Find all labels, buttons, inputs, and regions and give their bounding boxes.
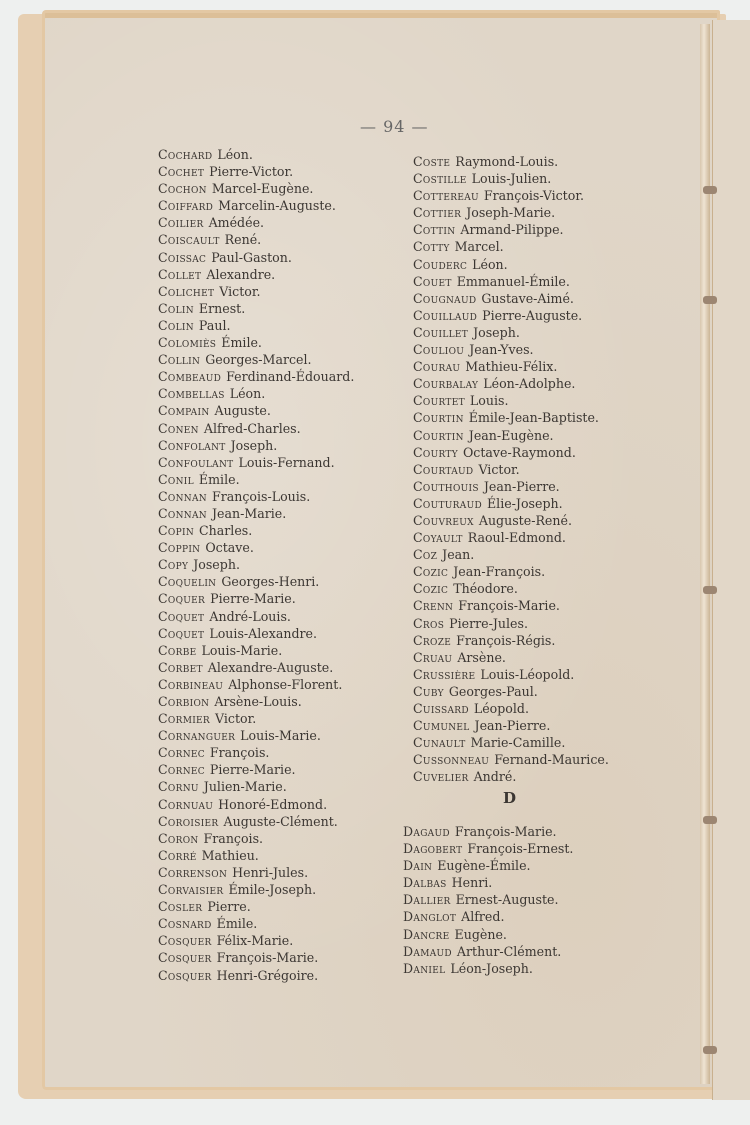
surname: Coste <box>413 154 450 169</box>
given-names: Pierre-Marie. <box>210 591 296 606</box>
binding-stitch-icon <box>703 816 717 824</box>
list-item: CrosPierre-Jules. <box>413 615 609 632</box>
surname: Croze <box>413 633 451 648</box>
list-item: CoppinOctave. <box>158 539 354 556</box>
given-names: Alphonse-Florent. <box>228 677 342 692</box>
list-item: DamaudArthur-Clément. <box>403 943 573 960</box>
page-number: — 94 — <box>360 117 429 136</box>
given-names: Louis-Léopold. <box>480 667 574 682</box>
list-item: CoquelinGeorges-Henri. <box>158 573 354 590</box>
list-item: CorvaisierÉmile-Joseph. <box>158 881 354 898</box>
surname: Combeaud <box>158 369 221 384</box>
given-names: Marcel-Eugène. <box>212 181 314 196</box>
surname: Cottier <box>413 205 461 220</box>
surname: Coquet <box>158 626 204 641</box>
list-item: CornanguerLouis-Marie. <box>158 727 354 744</box>
list-item: CorbetAlexandre-Auguste. <box>158 659 354 676</box>
list-item: CoiffardMarcelin-Auguste. <box>158 197 354 214</box>
surname: Cottin <box>413 222 455 237</box>
list-item: CosquerHenri-Grégoire. <box>158 967 354 984</box>
surname: Cornec <box>158 762 205 777</box>
given-names: Marie-Camille. <box>471 735 566 750</box>
surname: Cruau <box>413 650 452 665</box>
list-item: CopyJoseph. <box>158 556 354 573</box>
given-names: François-Louis. <box>212 489 310 504</box>
list-item: DallierErnest-Auguste. <box>403 891 573 908</box>
surname: Couet <box>413 274 452 289</box>
list-item: CoudercLéon. <box>413 256 609 273</box>
surname: Coppin <box>158 540 200 555</box>
surname: Couturaud <box>413 496 482 511</box>
list-item: CozJean. <box>413 546 609 563</box>
given-names: Léopold. <box>474 701 529 716</box>
list-item: CrozeFrançois-Régis. <box>413 632 609 649</box>
list-item: CottinArmand-Pilippe. <box>413 221 609 238</box>
given-names: Léon. <box>472 257 508 272</box>
list-item: CussonneauFernand-Maurice. <box>413 751 609 768</box>
given-names: Honoré-Edmond. <box>218 797 327 812</box>
given-names: François. <box>210 745 270 760</box>
surname: Coyault <box>413 530 463 545</box>
list-item: CosteRaymond-Louis. <box>413 153 609 170</box>
binding-stitch-icon <box>703 1046 717 1054</box>
list-item: CumunelJean-Pierre. <box>413 717 609 734</box>
given-names: Auguste-René. <box>479 513 572 528</box>
given-names: Georges-Henri. <box>221 574 319 589</box>
surname: Coron <box>158 831 199 846</box>
list-item: ConilÉmile. <box>158 471 354 488</box>
given-names: Louis-Julien. <box>472 171 552 186</box>
surname: Couillet <box>413 325 468 340</box>
surname: Cros <box>413 616 444 631</box>
given-names: Louis-Fernand. <box>238 455 334 470</box>
given-names: Charles. <box>199 523 252 538</box>
given-names: Alexandre. <box>206 267 275 282</box>
given-names: Octave-Raymond. <box>463 445 576 460</box>
list-item: CoslerPierre. <box>158 898 354 915</box>
surname: Cussonneau <box>413 752 489 767</box>
given-names: Fernand-Maurice. <box>494 752 609 767</box>
list-item: CoiscaultRené. <box>158 231 354 248</box>
list-item: CottierJoseph-Marie. <box>413 204 609 221</box>
list-item: CoissacPaul-Gaston. <box>158 249 354 266</box>
surname: Couthouis <box>413 479 479 494</box>
list-item: DainEugène-Émile. <box>403 857 573 874</box>
list-item: CoroisierAuguste-Clément. <box>158 813 354 830</box>
given-names: Pierre-Marie. <box>210 762 296 777</box>
list-item: ColletAlexandre. <box>158 266 354 283</box>
given-names: Victor. <box>215 711 256 726</box>
document-page <box>42 10 720 1090</box>
list-item: ColomièsÉmile. <box>158 334 354 351</box>
surname: Dancre <box>403 927 450 942</box>
given-names: Mathieu. <box>202 848 259 863</box>
surname: Dalbas <box>403 875 447 890</box>
surname: Daniel <box>403 961 445 976</box>
list-item: CoquetLouis-Alexandre. <box>158 625 354 642</box>
given-names: André-Louis. <box>209 609 291 624</box>
given-names: Léon-Joseph. <box>450 961 533 976</box>
given-names: Pierre. <box>207 899 250 914</box>
list-item: CormierVictor. <box>158 710 354 727</box>
surname: Corbion <box>158 694 209 709</box>
given-names: Paul-Gaston. <box>211 250 292 265</box>
surname: Combellas <box>158 386 225 401</box>
surname: Cormier <box>158 711 210 726</box>
list-item: CourtinÉmile-Jean-Baptiste. <box>413 409 609 426</box>
list-item: CouetEmmanuel-Émile. <box>413 273 609 290</box>
surname: Colichet <box>158 284 214 299</box>
surname: Couillaud <box>413 308 477 323</box>
surname: Coissac <box>158 250 206 265</box>
list-item: CouturaudÉlie-Joseph. <box>413 495 609 512</box>
given-names: Jean-Pierre. <box>484 479 560 494</box>
list-item: CochardLéon. <box>158 146 354 163</box>
surname: Cosquer <box>158 933 212 948</box>
given-names: Pierre-Jules. <box>449 616 528 631</box>
surname: Danglot <box>403 909 456 924</box>
list-item: CollinGeorges-Marcel. <box>158 351 354 368</box>
surname: Damaud <box>403 944 452 959</box>
surname: Coiffard <box>158 198 213 213</box>
given-names: Léon. <box>217 147 253 162</box>
surname: Coiscault <box>158 232 220 247</box>
surname: Colomiès <box>158 335 216 350</box>
list-item: CochonMarcel-Eugène. <box>158 180 354 197</box>
surname: Collin <box>158 352 200 367</box>
given-names: Léon. <box>230 386 266 401</box>
name-list-right-column: CosteRaymond-Louis.CostilleLouis-Julien.… <box>413 153 609 785</box>
list-item: CuissardLéopold. <box>413 700 609 717</box>
given-names: Marcelin-Auguste. <box>218 198 336 213</box>
given-names: Jean-Pierre. <box>475 718 551 733</box>
surname: Coilier <box>158 215 204 230</box>
list-item: CourauMathieu-Félix. <box>413 358 609 375</box>
surname: Cotty <box>413 239 450 254</box>
list-item: DalbasHenri. <box>403 874 573 891</box>
surname: Cozic <box>413 581 448 596</box>
surname: Colin <box>158 301 194 316</box>
surname: Couliou <box>413 342 464 357</box>
list-item: CourbalayLéon-Adolphe. <box>413 375 609 392</box>
surname: Coquet <box>158 609 204 624</box>
list-item: CornuJulien-Marie. <box>158 778 354 795</box>
surname: Cottereau <box>413 188 479 203</box>
given-names: Georges-Paul. <box>449 684 538 699</box>
list-item: CosquerFrançois-Marie. <box>158 949 354 966</box>
list-item: CornecFrançois. <box>158 744 354 761</box>
binding-spine <box>700 24 710 1084</box>
given-names: Joseph. <box>473 325 520 340</box>
list-item: CouillaudPierre-Auguste. <box>413 307 609 324</box>
surname: Dagaud <box>403 824 450 839</box>
list-item: CoronFrançois. <box>158 830 354 847</box>
surname: Courtet <box>413 393 465 408</box>
list-item: CourtinJean-Eugène. <box>413 427 609 444</box>
given-names: Émile-Joseph. <box>228 882 316 897</box>
surname: Dallier <box>403 892 451 907</box>
list-item: CorréMathieu. <box>158 847 354 864</box>
surname: Cuby <box>413 684 444 699</box>
surname: Cochon <box>158 181 207 196</box>
surname: Cosnard <box>158 916 212 931</box>
surname: Cornanguer <box>158 728 235 743</box>
surname: Cunault <box>413 735 466 750</box>
list-item: ConfoulantLouis-Fernand. <box>158 454 354 471</box>
surname: Collet <box>158 267 201 282</box>
given-names: Félix-Marie. <box>217 933 294 948</box>
given-names: Alfred. <box>461 909 504 924</box>
given-names: Louis-Marie. <box>201 643 282 658</box>
list-item: CouilletJoseph. <box>413 324 609 341</box>
surname: Confolant <box>158 438 226 453</box>
given-names: André. <box>474 769 517 784</box>
given-names: Arthur-Clément. <box>457 944 561 959</box>
list-item: CorbionArsène-Louis. <box>158 693 354 710</box>
given-names: Victor. <box>478 462 519 477</box>
surname: Corbet <box>158 660 203 675</box>
surname: Cosquer <box>158 950 212 965</box>
list-item: CougnaudGustave-Aimé. <box>413 290 609 307</box>
list-item: CottyMarcel. <box>413 238 609 255</box>
given-names: Ferdinand-Édouard. <box>226 369 354 384</box>
list-item: CoquerPierre-Marie. <box>158 590 354 607</box>
surname: Connan <box>158 506 207 521</box>
list-item: CorbineauAlphonse-Florent. <box>158 676 354 693</box>
given-names: Paul. <box>199 318 231 333</box>
surname: Courtaud <box>413 462 473 477</box>
surname: Cougnaud <box>413 291 476 306</box>
list-item: CopinCharles. <box>158 522 354 539</box>
name-list-d-section: DagaudFrançois-Marie.DagobertFrançois-Er… <box>403 823 573 977</box>
surname: Cochet <box>158 164 204 179</box>
list-item: ConnanJean-Marie. <box>158 505 354 522</box>
surname: Conen <box>158 421 199 436</box>
list-item: CouliouJean-Yves. <box>413 341 609 358</box>
given-names: Joseph. <box>231 438 278 453</box>
given-names: Ernest. <box>199 301 245 316</box>
surname: Courty <box>413 445 458 460</box>
surname: Corbineau <box>158 677 223 692</box>
surname: Conil <box>158 472 194 487</box>
surname: Coroisier <box>158 814 219 829</box>
list-item: ConenAlfred-Charles. <box>158 420 354 437</box>
list-item: CostilleLouis-Julien. <box>413 170 609 187</box>
surname: Cornu <box>158 779 199 794</box>
given-names: Marcel. <box>455 239 504 254</box>
list-item: ColinPaul. <box>158 317 354 334</box>
surname: Coz <box>413 547 437 562</box>
given-names: René. <box>225 232 262 247</box>
given-names: François-Ernest. <box>467 841 573 856</box>
list-item: CochetPierre-Victor. <box>158 163 354 180</box>
given-names: Émile. <box>199 472 240 487</box>
list-item: CorrensonHenri-Jules. <box>158 864 354 881</box>
list-item: CosquerFélix-Marie. <box>158 932 354 949</box>
given-names: Henri-Grégoire. <box>217 968 319 983</box>
given-names: Auguste. <box>215 403 271 418</box>
binding-stitch-icon <box>703 586 717 594</box>
list-item: CorbeLouis-Marie. <box>158 642 354 659</box>
given-names: Henri-Jules. <box>232 865 308 880</box>
surname: Crussière <box>413 667 475 682</box>
given-names: Ernest-Auguste. <box>456 892 559 907</box>
given-names: Jean-François. <box>453 564 545 579</box>
list-item: CuvelierAndré. <box>413 768 609 785</box>
given-names: Joseph-Marie. <box>466 205 555 220</box>
surname: Correnson <box>158 865 227 880</box>
list-item: CourtyOctave-Raymond. <box>413 444 609 461</box>
given-names: Joseph. <box>193 557 240 572</box>
list-item: CubyGeorges-Paul. <box>413 683 609 700</box>
list-item: CornuauHonoré-Edmond. <box>158 796 354 813</box>
surname: Couvreux <box>413 513 474 528</box>
list-item: CourtaudVictor. <box>413 461 609 478</box>
given-names: Amédée. <box>209 215 264 230</box>
binding-stitch-icon <box>703 296 717 304</box>
list-item: CottereauFrançois-Victor. <box>413 187 609 204</box>
list-item: DanielLéon-Joseph. <box>403 960 573 977</box>
surname: Coquelin <box>158 574 216 589</box>
given-names: Armand-Pilippe. <box>460 222 563 237</box>
given-names: Émile. <box>221 335 262 350</box>
surname: Couderc <box>413 257 467 272</box>
list-item: DagaudFrançois-Marie. <box>403 823 573 840</box>
list-item: CoilierAmédée. <box>158 214 354 231</box>
surname: Cozic <box>413 564 448 579</box>
given-names: Arsène-Louis. <box>214 694 301 709</box>
given-names: Raoul-Edmond. <box>468 530 566 545</box>
given-names: Pierre-Auguste. <box>482 308 582 323</box>
list-item: CunaultMarie-Camille. <box>413 734 609 751</box>
surname: Dagobert <box>403 841 462 856</box>
given-names: Louis-Marie. <box>240 728 321 743</box>
list-item: CouvreuxAuguste-René. <box>413 512 609 529</box>
surname: Corré <box>158 848 197 863</box>
surname: Colin <box>158 318 194 333</box>
given-names: Georges-Marcel. <box>205 352 311 367</box>
surname: Crenn <box>413 598 453 613</box>
surname: Coquer <box>158 591 205 606</box>
given-names: François-Marie. <box>217 950 319 965</box>
list-item: DanglotAlfred. <box>403 908 573 925</box>
surname: Courbalay <box>413 376 478 391</box>
list-item: CrussièreLouis-Léopold. <box>413 666 609 683</box>
surname: Confoulant <box>158 455 233 470</box>
surname: Cosquer <box>158 968 212 983</box>
list-item: ColichetVictor. <box>158 283 354 300</box>
surname: Courau <box>413 359 460 374</box>
surname: Costille <box>413 171 467 186</box>
given-names: François-Régis. <box>456 633 555 648</box>
surname: Courtin <box>413 428 464 443</box>
surname: Cumunel <box>413 718 470 733</box>
list-item: CombellasLéon. <box>158 385 354 402</box>
given-names: Eugène-Émile. <box>437 858 530 873</box>
list-item: CourtetLouis. <box>413 392 609 409</box>
list-item: ConnanFrançois-Louis. <box>158 488 354 505</box>
surname: Copy <box>158 557 188 572</box>
list-item: CruauArsène. <box>413 649 609 666</box>
surname: Corbe <box>158 643 196 658</box>
list-item: CornecPierre-Marie. <box>158 761 354 778</box>
list-item: CouthouisJean-Pierre. <box>413 478 609 495</box>
surname: Cuvelier <box>413 769 469 784</box>
given-names: François-Victor. <box>484 188 584 203</box>
given-names: Jean-Yves. <box>469 342 533 357</box>
surname: Cosler <box>158 899 202 914</box>
surname: Cuissard <box>413 701 469 716</box>
given-names: Henri. <box>452 875 493 890</box>
given-names: Gustave-Aimé. <box>481 291 574 306</box>
surname: Cornec <box>158 745 205 760</box>
surname: Corvaisier <box>158 882 223 897</box>
list-item: CoquetAndré-Louis. <box>158 608 354 625</box>
list-item: ColinErnest. <box>158 300 354 317</box>
surname: Courtin <box>413 410 464 425</box>
given-names: Jean-Marie. <box>212 506 286 521</box>
given-names: Léon-Adolphe. <box>483 376 575 391</box>
list-item: CrennFrançois-Marie. <box>413 597 609 614</box>
given-names: Alfred-Charles. <box>204 421 301 436</box>
given-names: Émile-Jean-Baptiste. <box>469 410 599 425</box>
given-names: François. <box>204 831 264 846</box>
list-item: ConfolantJoseph. <box>158 437 354 454</box>
surname: Compain <box>158 403 210 418</box>
surname: Dain <box>403 858 432 873</box>
surname: Copin <box>158 523 194 538</box>
surname: Connan <box>158 489 207 504</box>
given-names: Mathieu-Félix. <box>465 359 557 374</box>
given-names: Julien-Marie. <box>204 779 287 794</box>
given-names: François-Marie. <box>458 598 560 613</box>
list-item: CombeaudFerdinand-Édouard. <box>158 368 354 385</box>
binding-stitch-icon <box>703 186 717 194</box>
section-heading-d: D <box>503 789 516 807</box>
list-item: CompainAuguste. <box>158 402 354 419</box>
given-names: Emmanuel-Émile. <box>457 274 570 289</box>
given-names: Pierre-Victor. <box>209 164 293 179</box>
given-names: Auguste-Clément. <box>224 814 338 829</box>
given-names: Octave. <box>205 540 254 555</box>
given-names: Émile. <box>217 916 258 931</box>
list-item: DagobertFrançois-Ernest. <box>403 840 573 857</box>
given-names: Élie-Joseph. <box>487 496 563 511</box>
given-names: Louis-Alexandre. <box>209 626 317 641</box>
given-names: Jean. <box>442 547 474 562</box>
given-names: Arsène. <box>457 650 506 665</box>
given-names: Jean-Eugène. <box>469 428 554 443</box>
list-item: CozicThéodore. <box>413 580 609 597</box>
given-names: François-Marie. <box>455 824 557 839</box>
given-names: Louis. <box>470 393 509 408</box>
list-item: CoyaultRaoul-Edmond. <box>413 529 609 546</box>
surname: Cochard <box>158 147 212 162</box>
given-names: Victor. <box>219 284 260 299</box>
given-names: Alexandre-Auguste. <box>208 660 333 675</box>
list-item: CosnardÉmile. <box>158 915 354 932</box>
list-item: DancreEugène. <box>403 926 573 943</box>
next-page-edge <box>712 20 750 1100</box>
list-item: CozicJean-François. <box>413 563 609 580</box>
given-names: Eugène. <box>455 927 507 942</box>
given-names: Raymond-Louis. <box>455 154 558 169</box>
surname: Cornuau <box>158 797 213 812</box>
name-list-left-column: CochardLéon.CochetPierre-Victor.CochonMa… <box>158 146 354 984</box>
given-names: Théodore. <box>453 581 518 596</box>
